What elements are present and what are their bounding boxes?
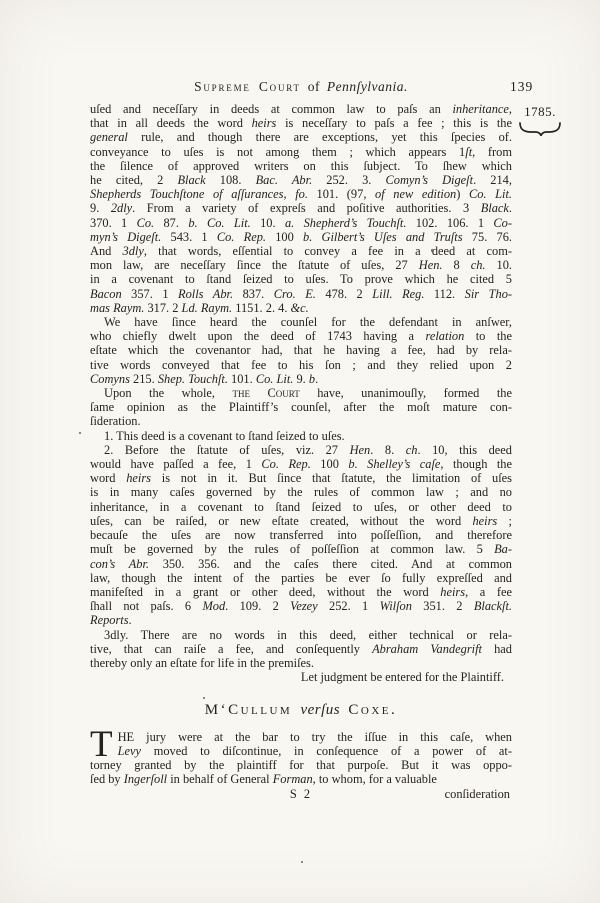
text-line: would have paſſed a fee, 1 Co. Rep. 100 … <box>90 457 512 471</box>
ink-speck <box>79 432 81 434</box>
text-line: tive words conveyed that fee to his ſon … <box>90 358 512 372</box>
text-line: ſideration. <box>90 414 512 428</box>
paragraph: Upon the whole, the Court have, unanimou… <box>90 386 512 429</box>
text-line: tive, that can raiſe a fee, and conſeque… <box>90 642 512 656</box>
text-line: ſhall not paſs. 6 Mod. 109. 2 Vezey 252.… <box>90 599 512 613</box>
text-line: uſed and neceſſary in deeds at common la… <box>90 102 512 116</box>
ink-speck <box>301 861 303 863</box>
text-line: myn’s Digeſt. 543. 1 Co. Rep. 100 b. Gil… <box>90 230 512 244</box>
text-line: Bacon 357. 1 Rolls Abr. 837. Cro. E. 478… <box>90 287 512 301</box>
text-line: in a covenant to ſtand ſeized to uſes. T… <box>90 272 512 286</box>
margin-year: 1785. <box>514 104 566 120</box>
paragraph: 1. This deed is a covenant to ſtand ſeiz… <box>90 429 512 443</box>
text-line: And 3dly, that words, eſſential to conve… <box>90 244 512 258</box>
text-line: Comyns 215. Shep. Touchſt. 101. Co. Lit.… <box>90 372 512 386</box>
footer-row: S 2 conſideration <box>90 787 512 802</box>
text-line: We have ſince heard the counſel for the … <box>90 315 512 329</box>
text-line: Reports. <box>90 613 512 627</box>
margin-note: 1785. <box>514 104 566 136</box>
text-line: ſame opinion as the Plaintiff’s counſel,… <box>90 400 512 414</box>
text-line: he cited, 2 Black 108. Bac. Abr. 252. 3.… <box>90 173 512 187</box>
text-line: con’s Abr. 350. 356. and the caſes there… <box>90 557 512 571</box>
page-content: uſed and neceſſary in deeds at common la… <box>90 102 512 802</box>
text-line: 1. This deed is a covenant to ſtand ſeiz… <box>90 429 512 443</box>
text-line: muſt be governed by the rules of poſſeſſ… <box>90 542 512 556</box>
text-line: ſed by Ingerſoll in behalf of General Fo… <box>90 772 512 786</box>
text-line: word heirs is not in it. But ſince that … <box>90 471 512 485</box>
ink-speck <box>203 697 205 699</box>
paragraph: uſed and neceſſary in deeds at common la… <box>90 102 512 315</box>
page-header-title: Supreme Court of Pennſylvania. <box>90 79 512 95</box>
text-line: inheritance, in a covenant to ſtand ſeiz… <box>90 500 512 514</box>
text-line: uſes, can be raiſed, or new eſtate creat… <box>90 514 512 528</box>
paragraph: 3dly. There are no words in this deed, e… <box>90 628 512 671</box>
paragraph: THE jury were at the bar to try the iſſu… <box>90 730 512 787</box>
text-line: law, though the intent of the parties be… <box>90 571 512 585</box>
text-line: 370. 1 Co. 87. b. Co. Lit. 10. a. Shephe… <box>90 216 512 230</box>
running-header: Supreme Court of Pennſylvania. 139 <box>90 79 550 95</box>
text-line: mas Raym. 317. 2 Ld. Raym. 1151. 2. 4. &… <box>90 301 512 315</box>
text-line: 3dly. There are no words in this deed, e… <box>90 628 512 642</box>
text-line: torney granted by the plaintiff for that… <box>90 758 512 772</box>
text-line: is in many caſes governed by the rules o… <box>90 485 512 499</box>
page-number: 139 <box>510 79 533 95</box>
text-line: becauſe the uſes are now transferred int… <box>90 528 512 542</box>
paragraph: 2. Before the ſtatute of uſes, viz. 27 H… <box>90 443 512 628</box>
case-heading: M‘Cullum verſus Coxe. <box>90 703 512 717</box>
text-line: Shepherds Touchſtone of aſſurances, fo. … <box>90 187 512 201</box>
text-line: Upon the whole, the Court have, unanimou… <box>90 386 512 400</box>
catchword: conſideration <box>445 787 510 801</box>
text-line: manifeſted in a grant or other deed, wit… <box>90 585 512 599</box>
text-line: HE jury were at the bar to try the iſſue… <box>90 730 512 744</box>
text-line: thereby only an eſtate for life in the p… <box>90 656 512 670</box>
drop-cap: T <box>90 731 113 758</box>
text-line: conveyance to uſes is not among them ; w… <box>90 145 512 159</box>
text-line: general rule, and though there are excep… <box>90 130 512 144</box>
paragraph: We have ſince heard the counſel for the … <box>90 315 512 386</box>
text-line: eſtate which the covenantor had, that he… <box>90 343 512 357</box>
ink-speck <box>431 249 433 252</box>
text-line: the ſilence of approved writers on this … <box>90 159 512 173</box>
text-line: mon law, are neceſſary ſince the ſtatute… <box>90 258 512 272</box>
text-line: who chiefly dwelt upon the deed of 1743 … <box>90 329 512 343</box>
scanned-page: Supreme Court of Pennſylvania. 139 1785.… <box>0 0 600 903</box>
margin-brace-icon <box>518 121 562 136</box>
text-line: 2. Before the ſtatute of uſes, viz. 27 H… <box>90 443 512 457</box>
text-line: Levy moved to diſcontinue, in conſequenc… <box>90 744 512 758</box>
text-line: 9. 2dly. From a variety of expreſs and p… <box>90 201 512 215</box>
text-line: that in all deeds the word heirs is nece… <box>90 116 512 130</box>
text-block: uſed and neceſſary in deeds at common la… <box>90 102 512 786</box>
judgment-line: Let judgment be entered for the Plaintif… <box>90 670 512 684</box>
